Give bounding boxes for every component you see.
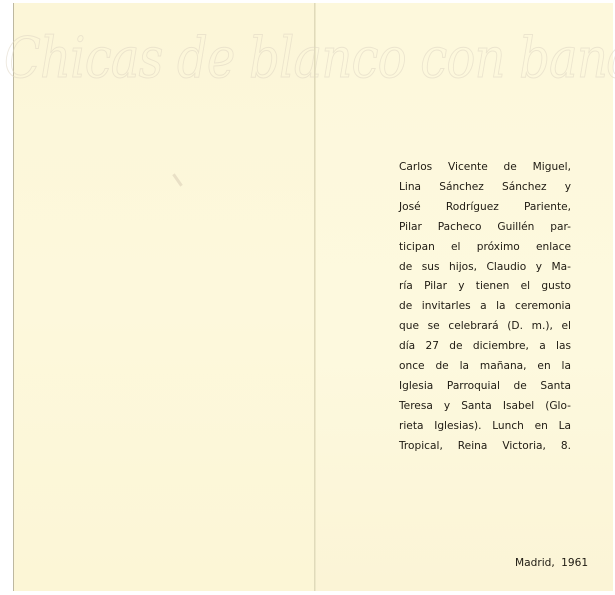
invitation-line: Pilar Pacheco Guillén par- bbox=[399, 218, 571, 238]
invitation-line: de invitarles a la ceremonia bbox=[399, 297, 571, 317]
invitation-line: Iglesia Parroquial de Santa bbox=[399, 377, 571, 397]
card-left-panel bbox=[14, 3, 314, 591]
invitation-line: día 27 de diciembre, a las bbox=[399, 337, 571, 357]
invitation-line: ría Pilar y tienen el gusto bbox=[399, 277, 571, 297]
invitation-line: ticipan el próximo enlace bbox=[399, 238, 571, 258]
invitation-line: José Rodríguez Pariente, bbox=[399, 198, 571, 218]
invitation-line: Carlos Vicente de Miguel, bbox=[399, 158, 571, 178]
invitation-line: Teresa y Santa Isabel (Glo- bbox=[399, 397, 571, 417]
invitation-text: Carlos Vicente de Miguel, Lina Sánchez S… bbox=[399, 158, 571, 457]
invitation-line: rieta Iglesias). Lunch en La bbox=[399, 417, 571, 437]
invitation-line: Lina Sánchez Sánchez y bbox=[399, 178, 571, 198]
scanned-page: Chicas de blanco con bandas azules Carlo… bbox=[0, 0, 615, 595]
invitation-line: once de la mañana, en la bbox=[399, 357, 571, 377]
paper-blemish bbox=[172, 173, 182, 186]
place-and-date: Madrid, 1961 bbox=[515, 557, 588, 569]
invitation-line: que se celebrará (D. m.), el bbox=[399, 317, 571, 337]
invitation-line: Tropical, Reina Victoria, 8. bbox=[399, 437, 571, 457]
invitation-line: de sus hijos, Claudio y Ma- bbox=[399, 258, 571, 278]
